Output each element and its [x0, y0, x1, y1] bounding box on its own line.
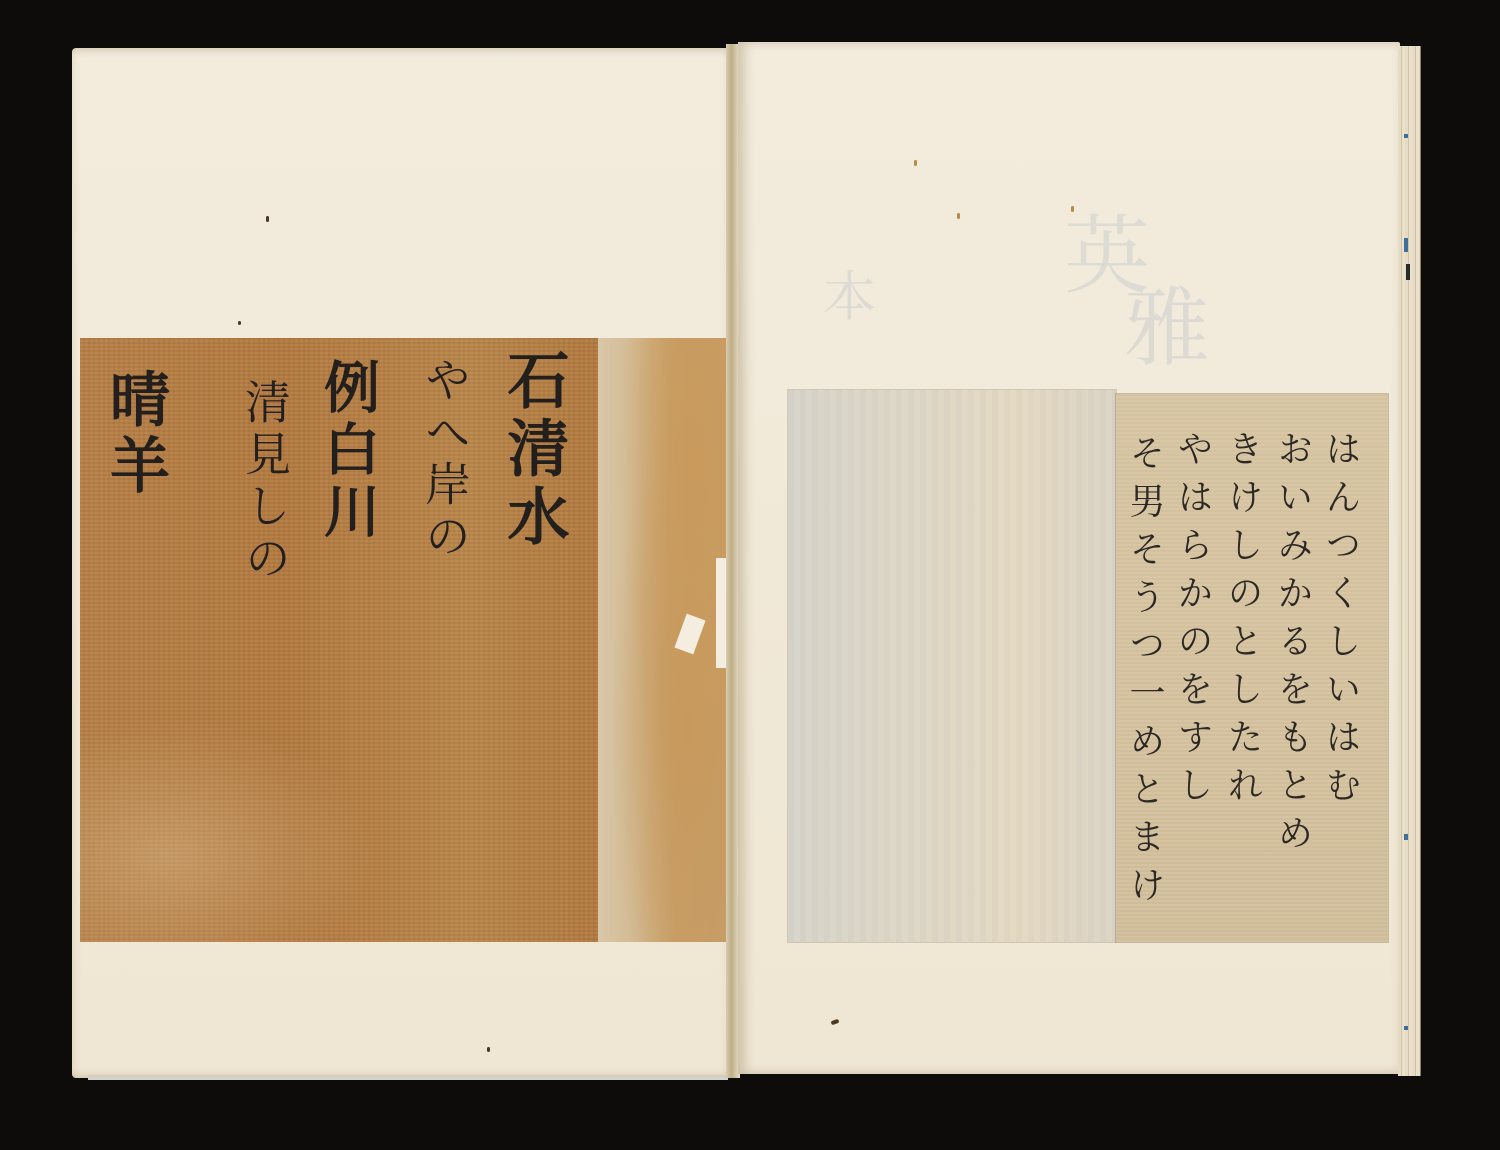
calligraphy-fragment-right: はんつくしいはむ おいみかるをもとめ きけしのとしたれ やはらかのをすし そ男そ… — [1116, 394, 1388, 942]
calligraphy-column: やへ岸の — [412, 356, 478, 564]
stained-paper-fragment — [598, 338, 726, 942]
calligraphy-column: 石清水 — [489, 348, 578, 552]
paper-speck — [957, 213, 960, 219]
calligraphy-fragment-left: 石清水 やへ岸の 例白川 清見しの 晴羊 — [80, 338, 598, 942]
binding-thread-mark — [1404, 834, 1408, 840]
paper-speck — [1071, 206, 1074, 212]
page-stack-edge — [1398, 46, 1421, 1076]
blank-paper-fragment — [788, 390, 1116, 942]
paper-speck — [487, 1047, 490, 1052]
paper-tear — [674, 614, 705, 655]
paper-tear — [716, 558, 726, 668]
calligraphy-column: 晴羊 — [92, 368, 178, 500]
left-page-bottom-edge — [88, 1075, 728, 1080]
calligraphy-column: そ男そうつ一めとまけ — [1119, 434, 1170, 914]
binding-thread-mark — [1404, 1026, 1408, 1030]
paper-speck — [238, 321, 241, 325]
calligraphy-column: やはらかのをすし — [1167, 430, 1218, 814]
show-through-character: 本 — [818, 268, 872, 322]
paper-speck — [914, 160, 917, 166]
calligraphy-column: 例白川 — [308, 358, 388, 544]
calligraphy-column: きけしのとしたれ — [1217, 430, 1268, 814]
binding-thread-mark — [1406, 264, 1410, 280]
show-through-character: 雅 — [1116, 282, 1202, 368]
binding-thread-mark — [1404, 238, 1408, 252]
calligraphy-column: 清見しの — [232, 378, 298, 586]
binding-thread-mark — [1404, 134, 1408, 138]
calligraphy-column: おいみかるをもとめ — [1267, 430, 1318, 862]
calligraphy-column: はんつくしいはむ — [1315, 430, 1366, 814]
paper-speck — [266, 216, 269, 222]
